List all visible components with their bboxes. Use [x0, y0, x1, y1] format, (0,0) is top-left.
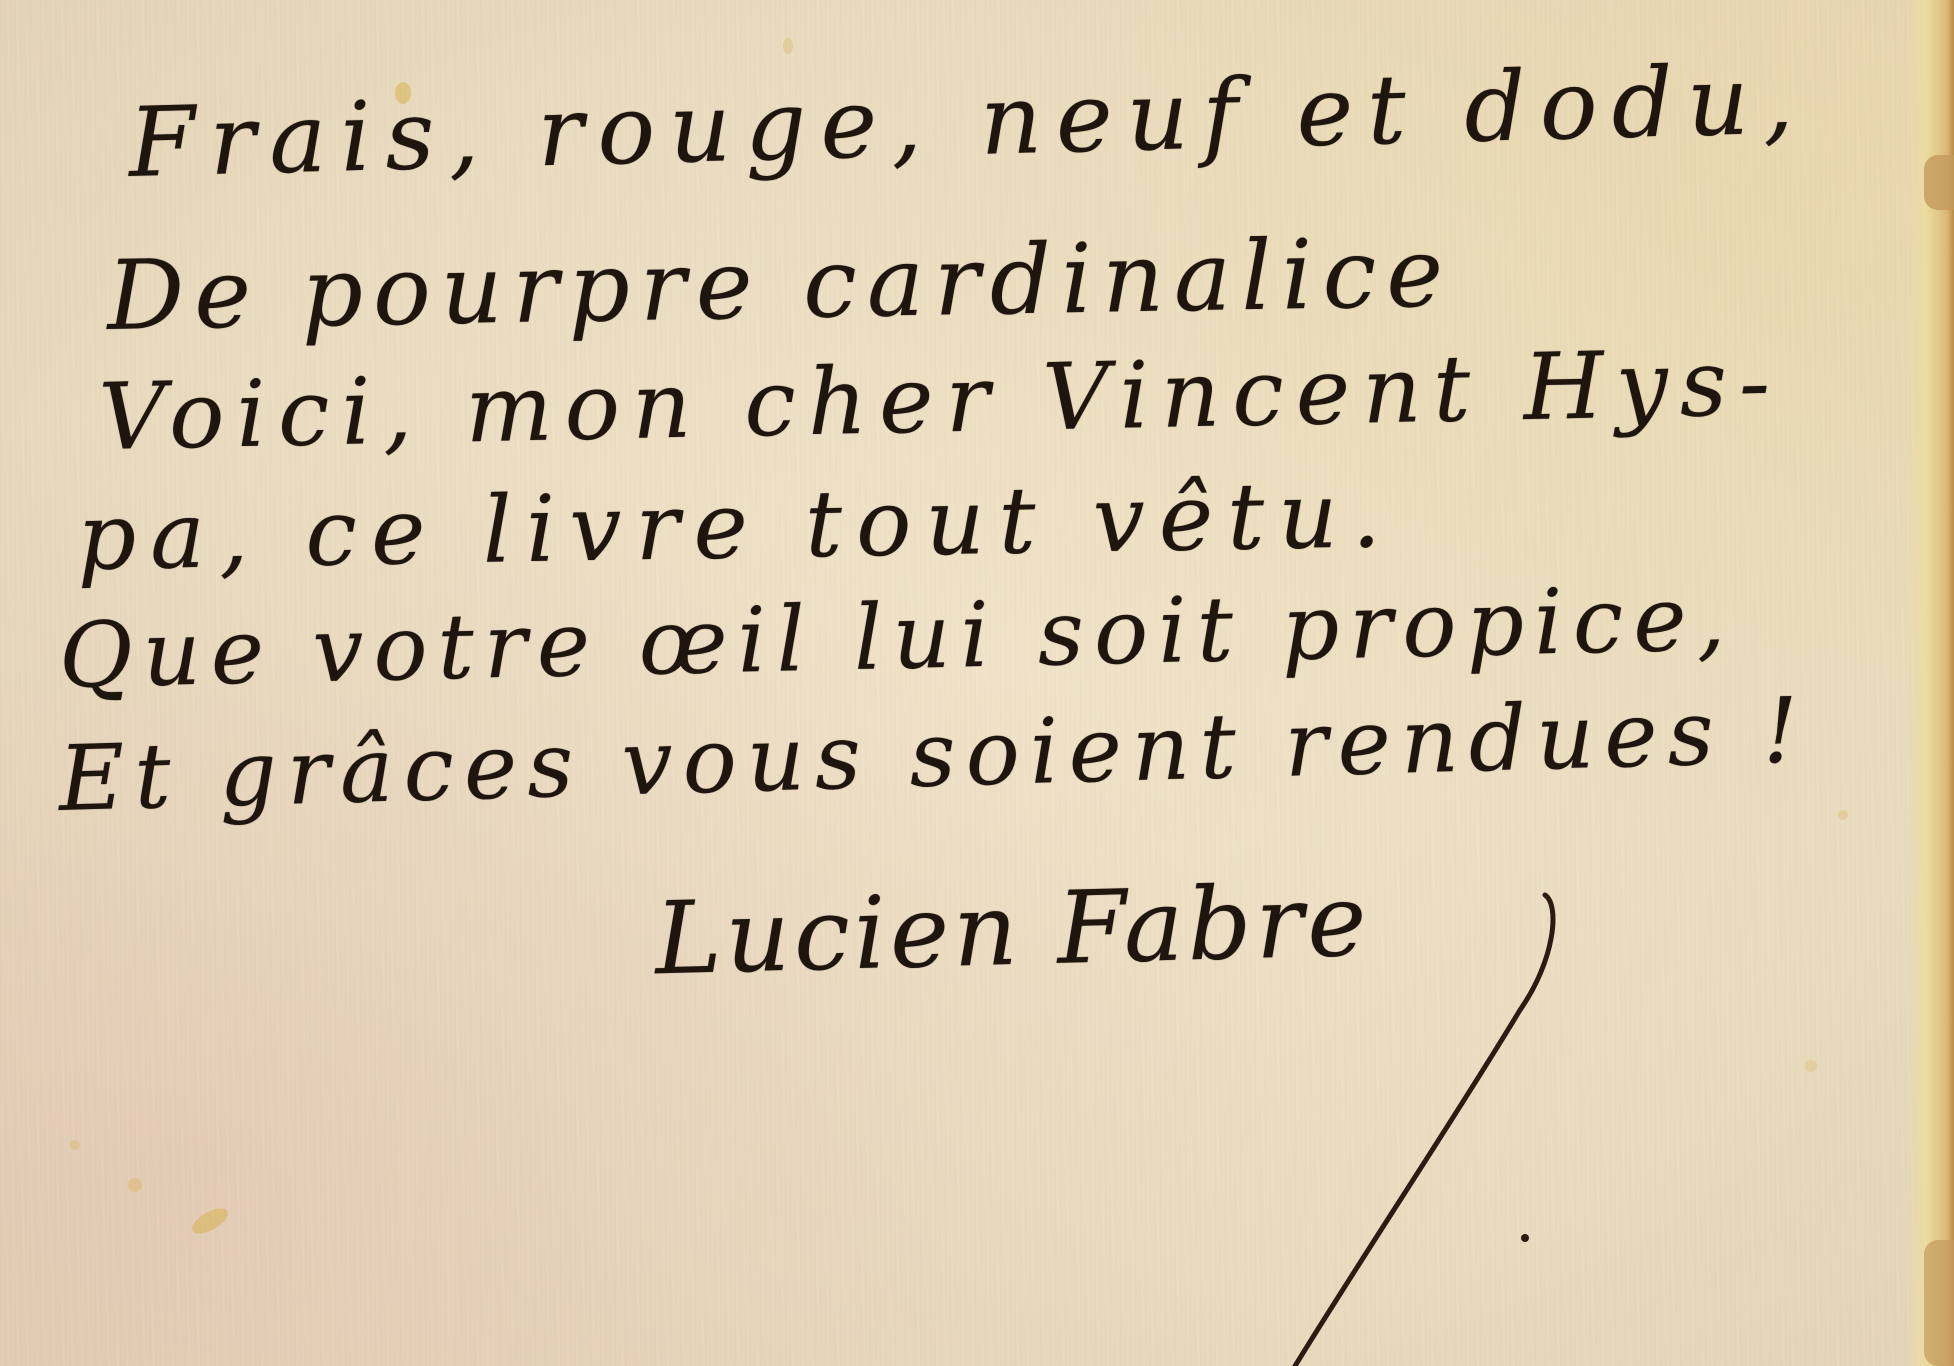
page-edge-tear	[1924, 155, 1954, 210]
poem-line-4: pa, ce livre tout vêtu.	[76, 469, 1395, 584]
foxing-spot	[1838, 810, 1848, 820]
poem-line-2: De pourpre cardinalice	[106, 225, 1454, 344]
foxing-spot	[783, 38, 793, 54]
foxing-spot	[128, 1178, 142, 1192]
signature: Lucien Fabre	[654, 871, 1372, 990]
foxing-spot	[70, 1140, 80, 1150]
page-edge-tear	[1924, 1240, 1954, 1366]
foxing-spot	[1805, 1060, 1817, 1072]
